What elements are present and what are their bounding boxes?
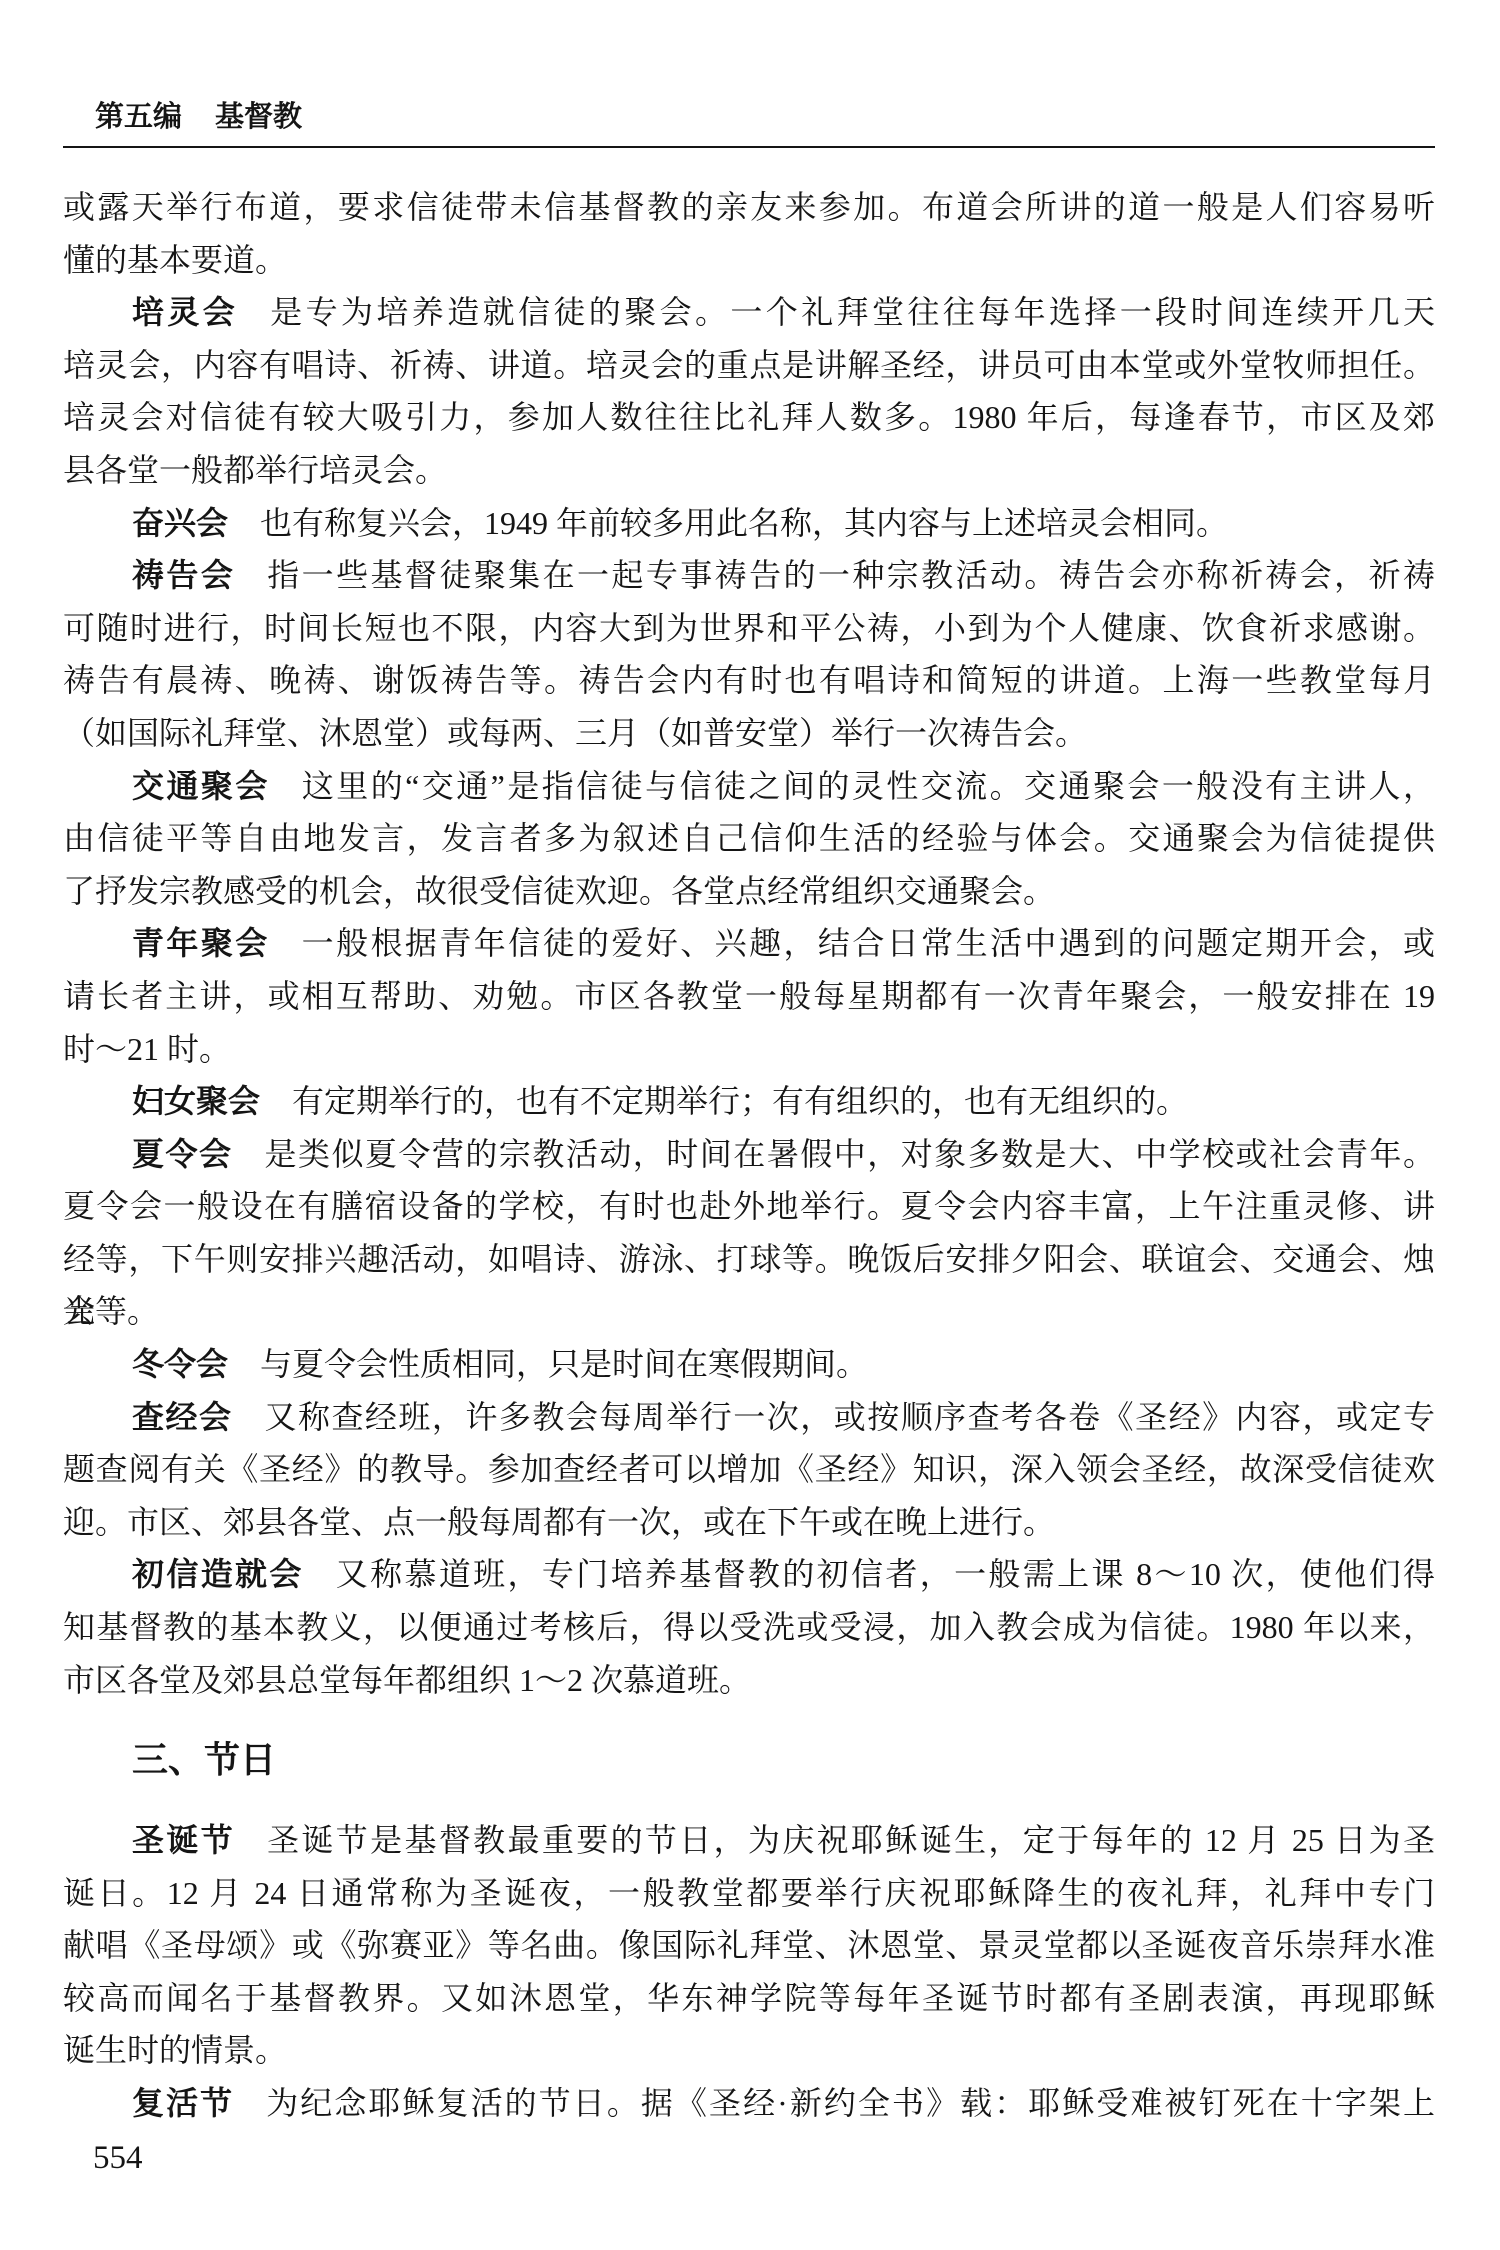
text-line: （如国际礼拜堂、沐恩堂）或每两、三月（如普安堂）举行一次祷告会。 bbox=[63, 707, 1435, 760]
text-line: 市区各堂及郊县总堂每年都组织 1～2 次慕道班。 bbox=[63, 1654, 1435, 1707]
entry-term: 妇女聚会 bbox=[132, 1083, 260, 1119]
body-text-gatherings: 或露天举行布道，要求信徒带未信基督教的亲友来参加。布道会所讲的道一般是人们容易听… bbox=[63, 181, 1435, 1814]
entry-line-daogaohui: 祷告会指一些基督徒聚集在一起专事祷告的一种宗教活动。祷告会亦称祈祷会，祈祷 bbox=[63, 549, 1435, 602]
entry-line-qingnianjuhui: 青年聚会一般根据青年信徒的爱好、兴趣，结合日常生活中遇到的问题定期开会，或 bbox=[63, 917, 1435, 970]
entry-line-xialinghui: 夏令会是类似夏令营的宗教活动，时间在暑假中，对象多数是大、中学校或社会青年。 bbox=[63, 1128, 1435, 1181]
entry-text: 又称慕道班，专门培养基督教的初信者，一般需上课 8～10 次，使他们得 bbox=[336, 1556, 1435, 1592]
entry-text: 圣诞节是基督教最重要的节日，为庆祝耶稣诞生，定于每年的 12 月 25 日为圣 bbox=[267, 1822, 1435, 1858]
text-line: 时～21 时。 bbox=[63, 1023, 1435, 1076]
text-line: 献唱《圣母颂》或《弥赛亚》等名曲。像国际礼拜堂、沐恩堂、景灵堂都以圣诞夜音乐崇拜… bbox=[63, 1919, 1435, 1972]
entry-term: 初信造就会 bbox=[132, 1556, 304, 1592]
text-line: 祷告有晨祷、晚祷、谢饭祷告等。祷告会内有时也有唱诗和简短的讲道。上海一些教堂每月 bbox=[63, 654, 1435, 707]
text-line: 经等，下午则安排兴趣活动，如唱诗、游泳、打球等。晚饭后安排夕阳会、联谊会、交通会… bbox=[63, 1233, 1435, 1286]
text-line: 会等。 bbox=[63, 1285, 1435, 1338]
entry-line-peilinghui: 培灵会是专为培养造就信徒的聚会。一个礼拜堂往往每年选择一段时间连续开几天 bbox=[63, 286, 1435, 339]
text-line: 培灵会对信徒有较大吸引力，参加人数往往比礼拜人数多。1980 年后，每逢春节，市… bbox=[63, 391, 1435, 444]
entry-text: 这里的“交通”是指信徒与信徒之间的灵性交流。交通聚会一般没有主讲人， bbox=[302, 768, 1435, 804]
text-line: 可随时进行，时间长短也不限，内容大到为世界和平公祷，小到为个人健康、饮食祈求感谢… bbox=[63, 602, 1435, 655]
running-header-title: 基督教 bbox=[215, 101, 302, 133]
entry-term: 祷告会 bbox=[132, 557, 235, 593]
header-rule bbox=[63, 146, 1435, 148]
entry-term: 冬令会 bbox=[132, 1346, 228, 1382]
section-heading: 三、节日 bbox=[63, 1706, 1435, 1813]
text-line: 知基督教的基本教义，以便通过考核后，得以受洗或受浸，加入教会成为信徒。1980 … bbox=[63, 1601, 1435, 1654]
text-line: 了抒发宗教感受的机会，故很受信徒欢迎。各堂点经常组织交通聚会。 bbox=[63, 865, 1435, 918]
entry-term: 奋兴会 bbox=[132, 505, 228, 541]
text-line: 较高而闻名于基督教界。又如沐恩堂，华东神学院等每年圣诞节时都有圣剧表演，再现耶稣 bbox=[63, 1972, 1435, 2025]
entry-line-funvjuhui: 妇女聚会有定期举行的，也有不定期举行；有有组织的，也有无组织的。 bbox=[63, 1075, 1435, 1128]
entry-line-easter: 复活节为纪念耶稣复活的节日。据《圣经·新约全书》载：耶稣受难被钉死在十字架上 bbox=[63, 2077, 1435, 2130]
text-line: 懂的基本要道。 bbox=[63, 234, 1435, 287]
entry-term: 复活节 bbox=[132, 2085, 234, 2121]
text-line: 或露天举行布道，要求信徒带未信基督教的亲友来参加。布道会所讲的道一般是人们容易听 bbox=[63, 181, 1435, 234]
entry-line-chuxinzaojiuhui: 初信造就会又称慕道班，专门培养基督教的初信者，一般需上课 8～10 次，使他们得 bbox=[63, 1548, 1435, 1601]
text-line: 培灵会，内容有唱诗、祈祷、讲道。培灵会的重点是讲解圣经，讲员可由本堂或外堂牧师担… bbox=[63, 339, 1435, 392]
body-text-holidays: 圣诞节圣诞节是基督教最重要的节日，为庆祝耶稣诞生，定于每年的 12 月 25 日… bbox=[63, 1814, 1435, 2130]
text-line: 题查阅有关《圣经》的教导。参加查经者可以增加《圣经》知识，深入领会圣经，故深受信… bbox=[63, 1443, 1435, 1496]
entry-text: 为纪念耶稣复活的节日。据《圣经·新约全书》载：耶稣受难被钉死在十字架上 bbox=[266, 2085, 1435, 2121]
entry-text: 是专为培养造就信徒的聚会。一个礼拜堂往往每年选择一段时间连续开几天 bbox=[270, 294, 1435, 330]
text-line: 夏令会一般设在有膳宿设备的学校，有时也赴外地举行。夏令会内容丰富，上午注重灵修、… bbox=[63, 1180, 1435, 1233]
text-line: 迎。市区、郊县各堂、点一般每周都有一次，或在下午或在晚上进行。 bbox=[63, 1496, 1435, 1549]
running-header: 第五编基督教 bbox=[95, 101, 302, 133]
entry-line-chajinghui: 查经会又称查经班，许多教会每周举行一次，或按顺序查考各卷《圣经》内容，或定专 bbox=[63, 1391, 1435, 1444]
entry-text: 是类似夏令营的宗教活动，时间在暑假中，对象多数是大、中学校或社会青年。 bbox=[264, 1136, 1435, 1172]
entry-text: 又称查经班，许多教会每周举行一次，或按顺序查考各卷《圣经》内容，或定专 bbox=[264, 1399, 1435, 1435]
running-header-part: 第五编 bbox=[95, 101, 182, 133]
entry-text: 有定期举行的，也有不定期举行；有有组织的，也有无组织的。 bbox=[292, 1083, 1188, 1119]
entry-term: 夏令会 bbox=[132, 1136, 232, 1172]
entry-line-donglinghui: 冬令会与夏令会性质相同，只是时间在寒假期间。 bbox=[63, 1338, 1435, 1391]
text-line: 请长者主讲，或相互帮助、劝勉。市区各教堂一般每星期都有一次青年聚会，一般安排在 … bbox=[63, 970, 1435, 1023]
entry-term: 培灵会 bbox=[132, 294, 238, 330]
entry-line-jiaotongjuhui: 交通聚会这里的“交通”是指信徒与信徒之间的灵性交流。交通聚会一般没有主讲人， bbox=[63, 760, 1435, 813]
text-line: 由信徒平等自由地发言，发言者多为叙述自己信仰生活的经验与体会。交通聚会为信徒提供 bbox=[63, 812, 1435, 865]
entry-line-fenxinghui: 奋兴会也有称复兴会，1949 年前较多用此名称，其内容与上述培灵会相同。 bbox=[63, 497, 1435, 550]
text-line: 诞日。12 月 24 日通常称为圣诞夜，一般教堂都要举行庆祝耶稣降生的夜礼拜，礼… bbox=[63, 1867, 1435, 1920]
entry-term: 青年聚会 bbox=[132, 925, 270, 961]
entry-term: 查经会 bbox=[132, 1399, 232, 1435]
entry-term: 交通聚会 bbox=[132, 768, 270, 804]
page-number: 554 bbox=[93, 2140, 143, 2176]
text-line: 县各堂一般都举行培灵会。 bbox=[63, 444, 1435, 497]
entry-text: 一般根据青年信徒的爱好、兴趣，结合日常生活中遇到的问题定期开会，或 bbox=[302, 925, 1435, 961]
entry-term: 圣诞节 bbox=[132, 1822, 235, 1858]
entry-text: 指一些基督徒聚集在一起专事祷告的一种宗教活动。祷告会亦称祈祷会，祈祷 bbox=[267, 557, 1435, 593]
entry-text: 与夏令会性质相同，只是时间在寒假期间。 bbox=[260, 1346, 868, 1382]
entry-text: 也有称复兴会，1949 年前较多用此名称，其内容与上述培灵会相同。 bbox=[260, 505, 1228, 541]
entry-line-christmas: 圣诞节圣诞节是基督教最重要的节日，为庆祝耶稣诞生，定于每年的 12 月 25 日… bbox=[63, 1814, 1435, 1867]
text-line: 诞生时的情景。 bbox=[63, 2024, 1435, 2077]
